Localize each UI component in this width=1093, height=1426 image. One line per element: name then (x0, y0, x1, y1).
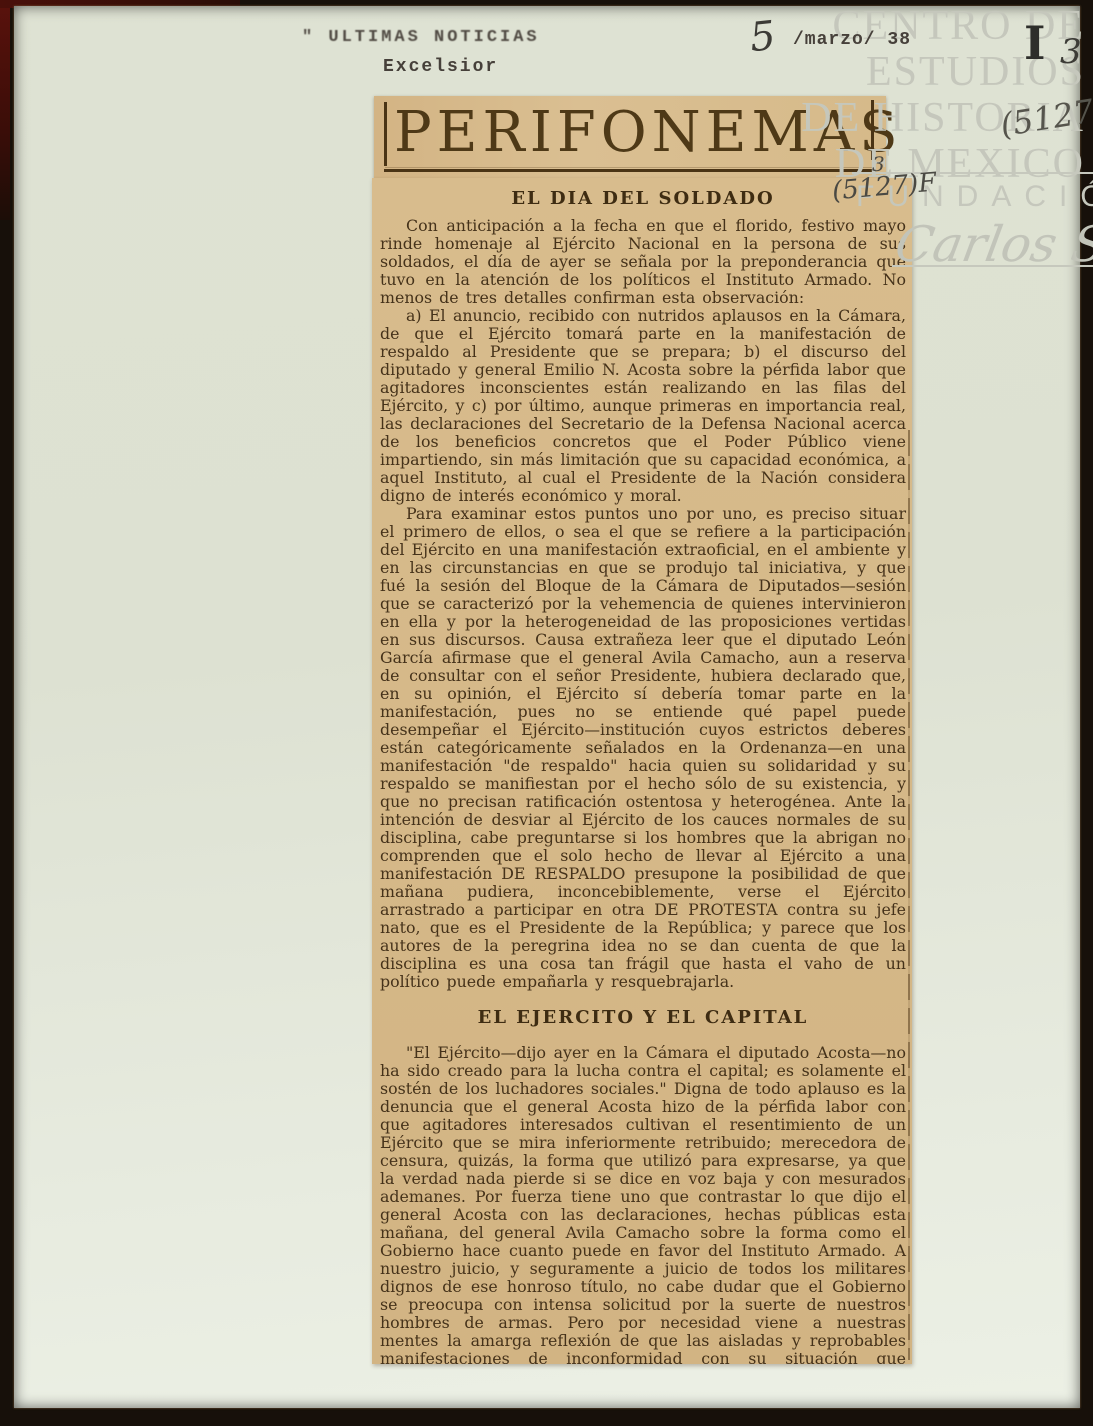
article-paragraph: a) El anuncio, recibido con nutridos apl… (380, 307, 906, 505)
handwritten-number-three: 3 (1060, 32, 1082, 72)
article-paragraph: Con anticipación a la fecha en que el fl… (380, 217, 906, 307)
clipping-article-column: EL DIA DEL SOLDADO Con anticipación a la… (372, 178, 912, 1364)
masthead-underline (384, 169, 876, 172)
watermark-divider-bottom (892, 265, 1093, 267)
scan-frame-maroon-edge (0, 0, 10, 220)
article-title: PERIFONEMAS (394, 100, 866, 165)
typed-source-line: " ULTIMAS NOTICIAS (302, 28, 540, 47)
handwritten-roman-numeral: I (1024, 16, 1046, 70)
newspaper-column-rule (908, 430, 910, 1360)
article-paragraph: Para examinar estos puntos uno por uno, … (380, 505, 906, 991)
section-heading-2: EL EJERCITO Y EL CAPITAL (380, 1007, 906, 1028)
article-paragraph: "El Ejército—dijo ayer en la Cámara el d… (380, 1044, 906, 1364)
newspaper-name: Excelsior (383, 57, 498, 77)
article-body: EL DIA DEL SOLDADO Con anticipación a la… (372, 178, 912, 1364)
section-heading-1: EL DIA DEL SOLDADO (380, 188, 906, 209)
handwritten-day: 5 (748, 13, 778, 61)
typed-date: /marzo/ 38 (793, 30, 911, 50)
masthead-left-bar (384, 102, 387, 166)
watermark-estudios: ESTUDIOS (866, 48, 1085, 96)
